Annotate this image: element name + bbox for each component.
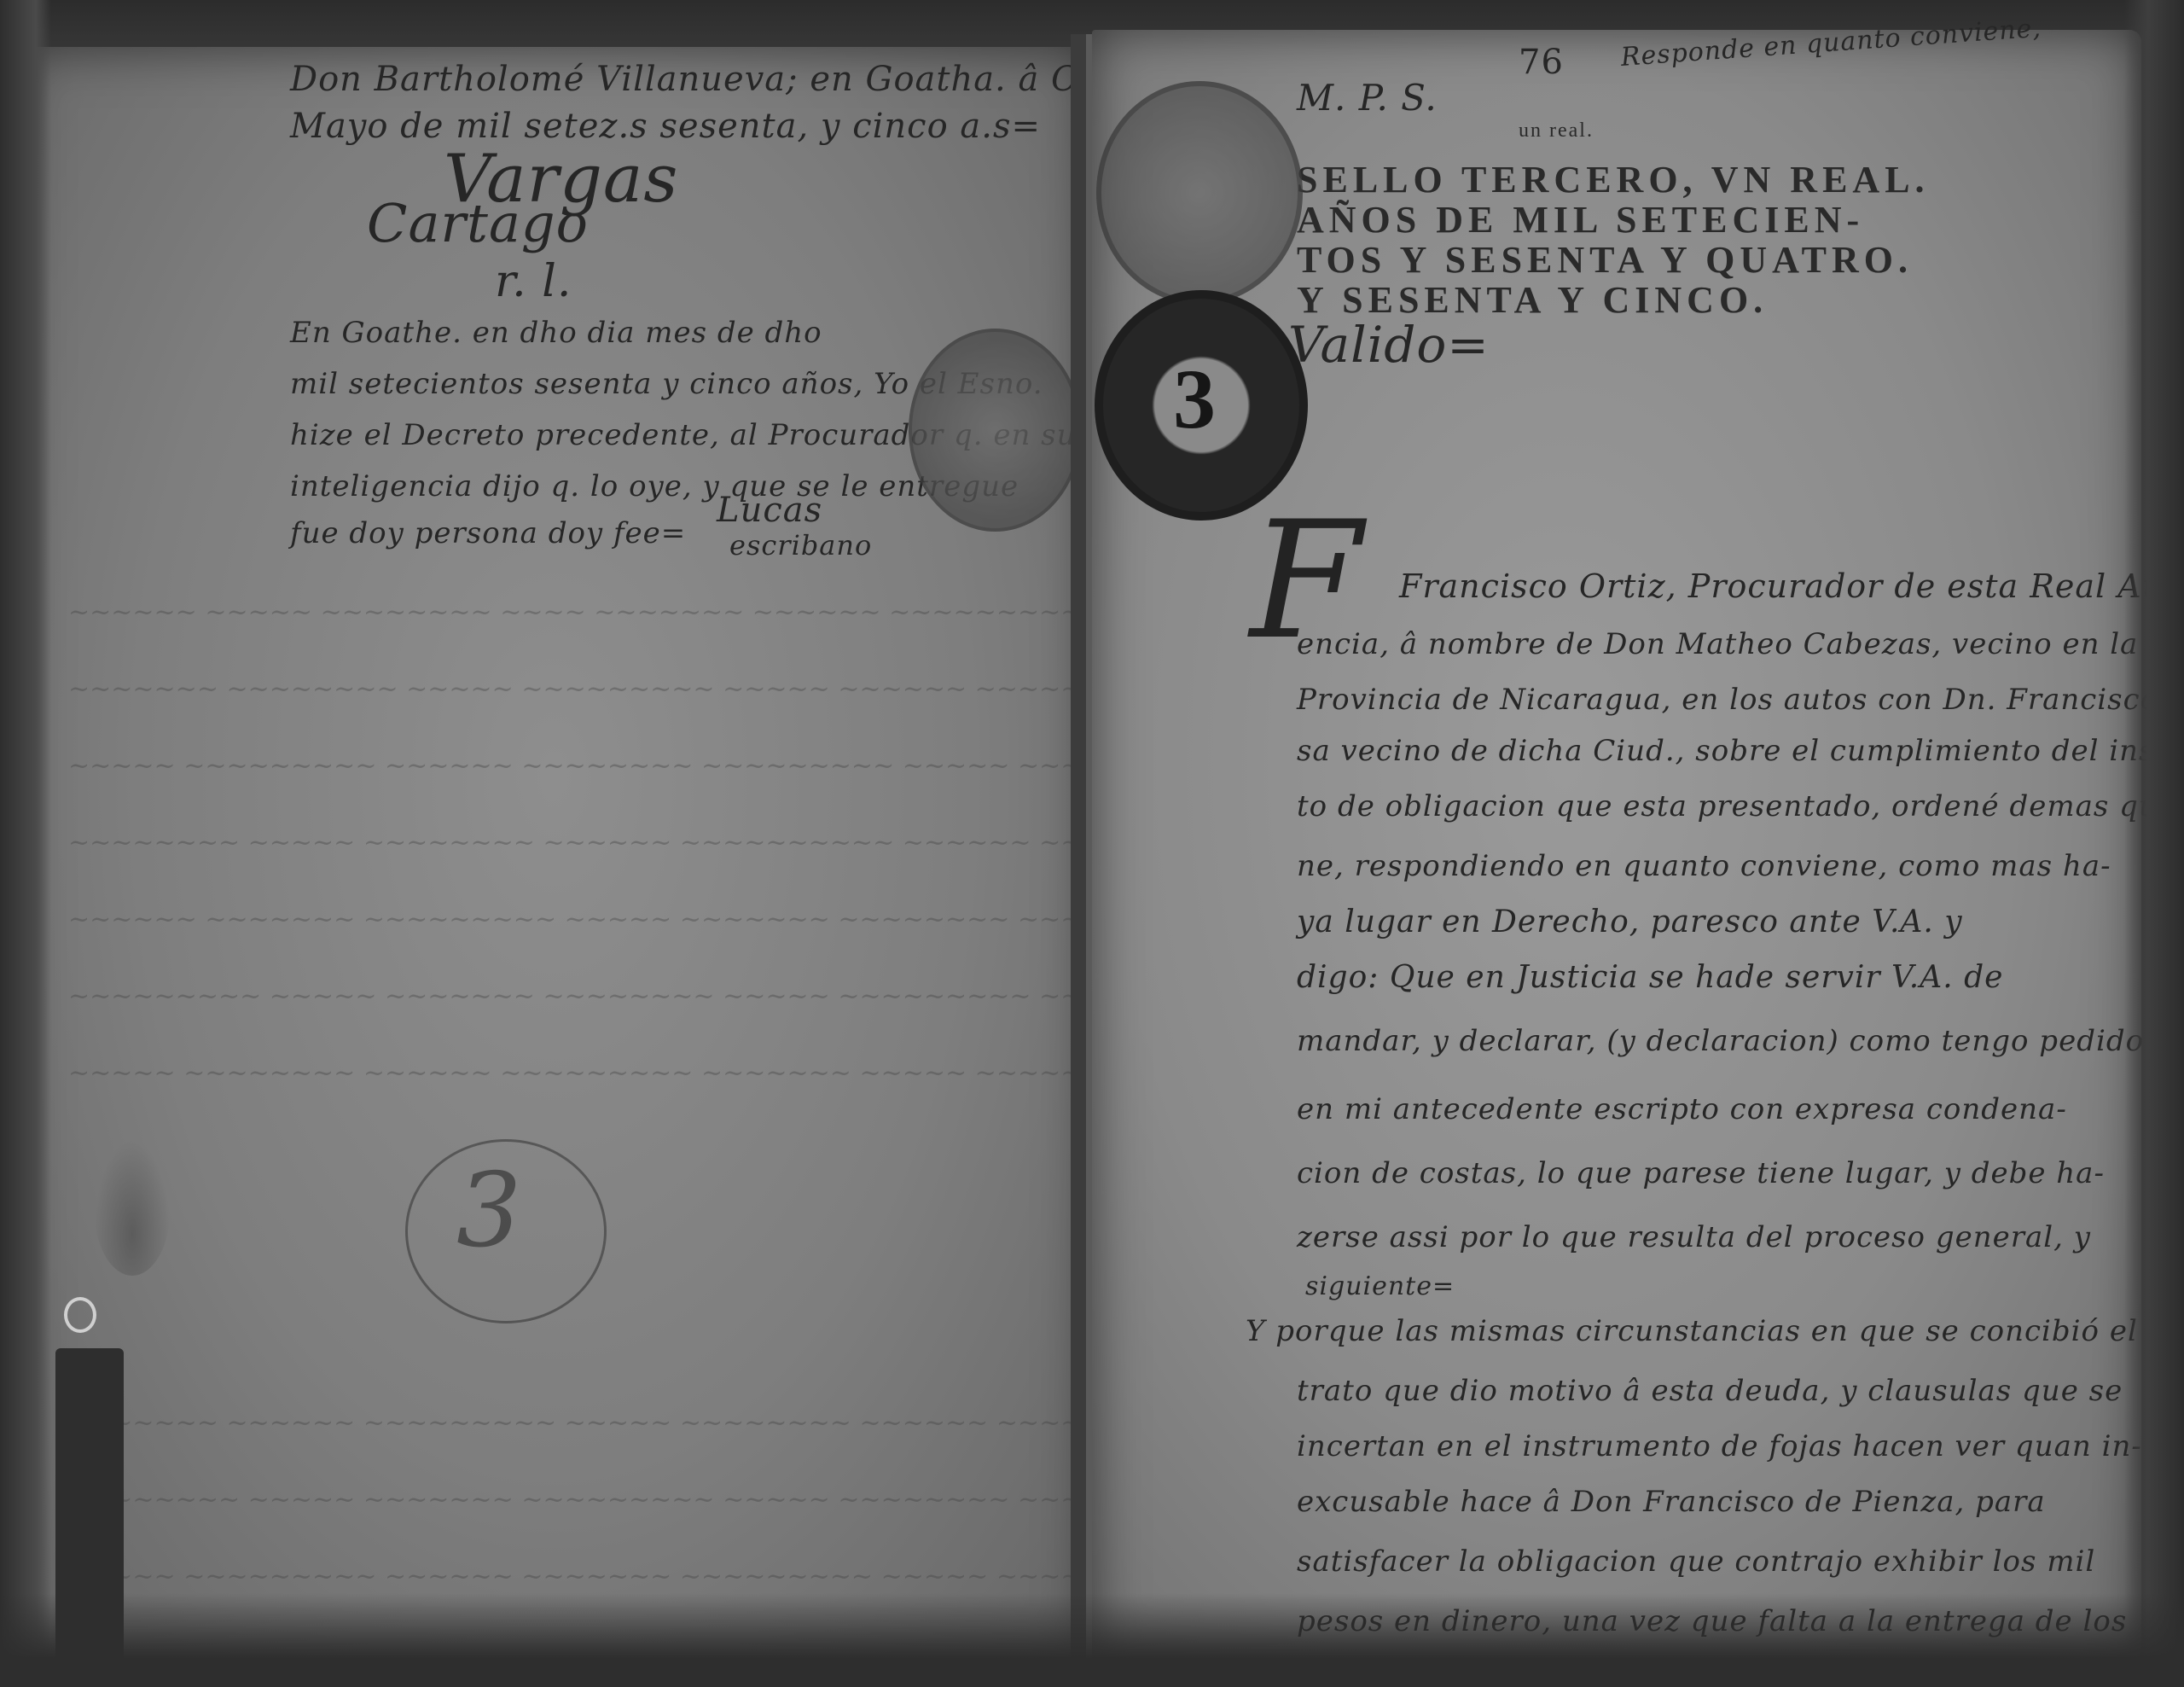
folio-number: 76 [1519, 43, 1564, 82]
body-line-4: sa vecino de dicha Ciud., sobre el cumpl… [1297, 734, 2184, 768]
royal-seal-faint [1096, 81, 1303, 305]
bleed-through-text: ~~~~~ ~~~~~~~~ ~~~~~~ ~~~~~~~~~ ~~~~~~~ … [68, 1058, 1168, 1088]
body-line-5: to de obligacion que esta presentado, or… [1297, 789, 2184, 823]
printed-stamp-line-2: AÑOS DE MIL SETECIEN- [1297, 198, 1864, 241]
notification-line-1: En Goathe. en dho dia mes de dho [290, 316, 822, 350]
body-line-6: ne, respondiendo en quanto conviene, com… [1297, 849, 2111, 883]
margin-sketch-numeral: 3 [456, 1152, 521, 1271]
body-line-16: incertan en el instrumento de fojas hace… [1297, 1429, 2142, 1463]
body-line-1: Francisco Ortiz, Procurador de esta Real… [1399, 567, 2184, 605]
body-line-3: Provincia de Nicaragua, en los autos con… [1297, 683, 2184, 717]
bell-sketch-icon [94, 1139, 171, 1276]
notification-line-5: fue doy persona doy fee= [290, 516, 686, 550]
body-line-17: excusable hace â Don Francisco de Pienza… [1297, 1485, 2046, 1519]
bleed-through-text: ~~~~~~~~ ~~~~~ ~~~~~~~ ~~~~~~~~~ ~~~~~ ~… [68, 1485, 1147, 1515]
scribe-signature: Lucas [717, 491, 822, 530]
bleed-through-text: ~~~~~~ ~~~~~~~ ~~~~~~~~~ ~~~~~ ~~~~~~~ ~… [68, 905, 1168, 934]
body-line-10: en mi antecedente escripto con expresa c… [1297, 1092, 2067, 1126]
body-line-9: mandar, y declarar, (y declaracion) como… [1297, 1024, 2144, 1058]
bleed-through-text: ~~~~~~~ ~~~~~~ ~~~~~~~~~ ~~~~~ ~~~~~~~~ … [68, 1408, 1147, 1438]
body-line-8: digo: Que en Justicia se hade servir V.A… [1297, 960, 2003, 995]
notification-line-4: inteligencia dijo q. lo oye, y que se le… [290, 469, 1019, 503]
body-line-13: siguiente= [1305, 1271, 1455, 1301]
body-line-18: satisfacer la obligacion que contrajo ex… [1297, 1544, 2095, 1579]
body-line-15: trato que dio motivo â esta deuda, y cla… [1297, 1374, 2123, 1408]
seal-number: 3 [1147, 350, 1241, 448]
right-frame-edge [2124, 0, 2184, 1687]
book-spine [1071, 34, 1086, 1672]
bleed-through-text: ~~~~~~ ~~~~~ ~~~~~~~~ ~~~~ ~~~~~~~ ~~~~~… [68, 597, 1176, 627]
bleed-through-text: ~~~~~ ~~~~~~~~~ ~~~~~~ ~~~~~~~~ ~~~~~~~~… [68, 751, 1189, 781]
scribe-title: escribano [729, 529, 872, 561]
bleed-through-text: ~~~~~~~~ ~~~~~ ~~~~~~~~ ~~~~~~ ~~~~~~~~~… [68, 828, 1147, 858]
stamp-value: un real. [1519, 119, 1594, 143]
paper-hole-mark [64, 1297, 96, 1333]
bleed-through-text: ~~~~~ ~~~~~~~~~ ~~~~~~ ~~~~~~~ ~~~~~~~~~… [68, 1562, 1147, 1591]
scan-background: ~~~~~~ ~~~~~ ~~~~~~~~ ~~~~ ~~~~~~~ ~~~~~… [0, 0, 2184, 1687]
body-line-11: cion de costas, lo que parese tiene luga… [1297, 1156, 2105, 1190]
address-heading: M. P. S. [1297, 77, 1438, 119]
signature-flourish: r. l. [495, 256, 572, 307]
left-offset-seal [909, 329, 1082, 532]
left-frame-edge [0, 0, 51, 1687]
bleed-through-text: ~~~~~~~~~ ~~~~~ ~~~~~~~ ~~~~~~~~ ~~~~~ ~… [68, 981, 1147, 1011]
body-line-12: zerse assi por lo que resulta del proces… [1297, 1220, 2091, 1254]
printed-stamp-line-3: TOS Y SESENTA Y QUATRO. [1297, 238, 1913, 282]
habilitation-signature: Valido= [1288, 316, 1490, 374]
bottom-shadow [0, 1593, 2184, 1687]
body-line-7: ya lugar en Derecho, paresco ante V.A. y [1297, 905, 1963, 939]
body-line-14: Y porque las mismas circunstancias en qu… [1246, 1314, 2184, 1348]
signature-cartago: Cartago [367, 192, 589, 254]
body-line-2: encia, â nombre de Don Matheo Cabezas, v… [1297, 627, 2138, 661]
bleed-through-text: ~~~~~~~ ~~~~~~~~ ~~~~~ ~~~~~~~~~ ~~~~~ ~… [68, 674, 1147, 704]
printed-stamp-line-1: SELLO TERCERO, VN REAL. [1297, 158, 1930, 201]
